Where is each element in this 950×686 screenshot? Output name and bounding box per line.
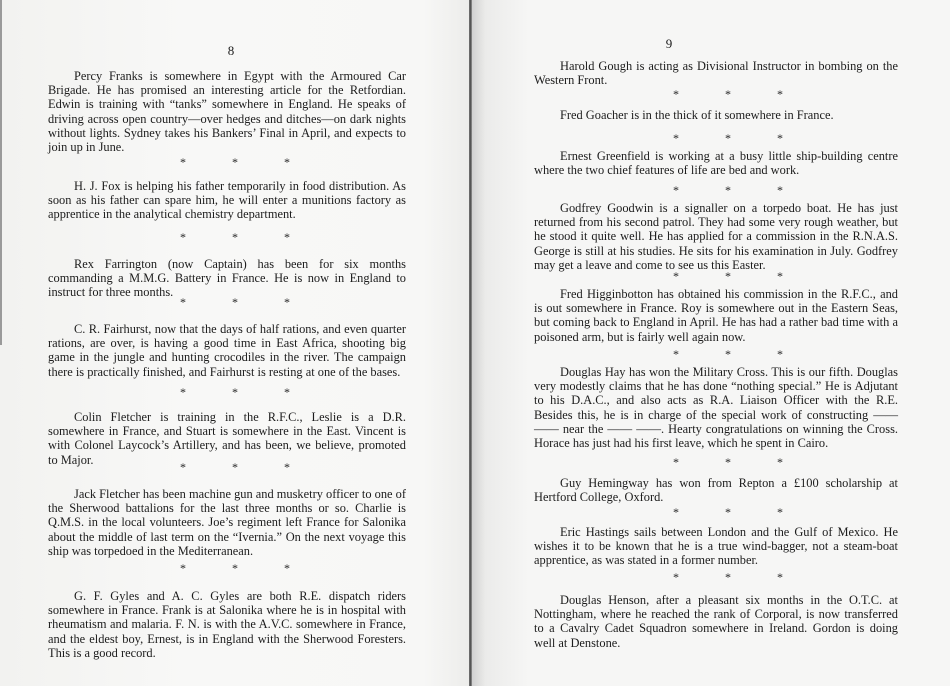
star-icon: * <box>725 572 731 582</box>
paragraph-text: Douglas Henson, after a pleasant six mon… <box>534 593 898 650</box>
page-number: 9 <box>659 36 679 52</box>
star-icon: * <box>284 297 290 307</box>
star-icon: * <box>725 457 731 467</box>
paragraph-text: C. R. Fairhurst, now that the days of ha… <box>48 322 406 379</box>
star-icon: * <box>777 349 783 359</box>
section-separator: * * * <box>180 387 290 397</box>
book-gutter <box>469 0 472 686</box>
section-separator: * * * <box>673 457 783 467</box>
section-separator: * * * <box>673 185 783 195</box>
paragraph-text: Rex Farrington (now Captain) has been fo… <box>48 257 406 299</box>
star-icon: * <box>673 271 679 281</box>
star-icon: * <box>673 349 679 359</box>
star-icon: * <box>284 387 290 397</box>
paragraph-text: Harold Gough is acting as Divisional Ins… <box>534 59 898 87</box>
paragraph-gyles: G. F. Gyles and A. C. Gyles are both R.E… <box>48 589 406 660</box>
paragraph-text: Jack Fletcher has been machine gun and m… <box>48 487 406 558</box>
paragraph-rex-farrington: Rex Farrington (now Captain) has been fo… <box>48 257 406 300</box>
star-icon: * <box>180 563 186 573</box>
paragraph-hj-fox: H. J. Fox is helping his father temporar… <box>48 179 406 222</box>
star-icon: * <box>725 349 731 359</box>
section-separator: * * * <box>673 271 783 281</box>
section-separator: * * * <box>180 157 290 167</box>
paragraph-percy-franks: Percy Franks is somewhere in Egypt with … <box>48 69 406 154</box>
star-icon: * <box>777 457 783 467</box>
star-icon: * <box>284 462 290 472</box>
paragraph-text: Fred Higginbotton has obtained his commi… <box>534 287 898 344</box>
star-icon: * <box>725 185 731 195</box>
star-icon: * <box>777 572 783 582</box>
section-separator: * * * <box>673 349 783 359</box>
star-icon: * <box>777 185 783 195</box>
paragraph-guy-hemingway: Guy Hemingway has won from Repton a £100… <box>534 476 898 504</box>
section-separator: * * * <box>673 572 783 582</box>
star-icon: * <box>180 387 186 397</box>
star-icon: * <box>725 89 731 99</box>
section-separator: * * * <box>673 507 783 517</box>
paragraph-godfrey-goodwin: Godfrey Goodwin is a signaller on a torp… <box>534 201 898 272</box>
paragraph-text: Colin Fletcher is training in the R.F.C.… <box>48 410 406 467</box>
paragraph-text: G. F. Gyles and A. C. Gyles are both R.E… <box>48 589 406 660</box>
section-separator: * * * <box>180 563 290 573</box>
paragraph-text: Ernest Greenfield is working at a busy l… <box>534 149 898 177</box>
paragraph-harold-gough: Harold Gough is acting as Divisional Ins… <box>534 59 898 87</box>
star-icon: * <box>232 157 238 167</box>
paragraph-text: Guy Hemingway has won from Repton a £100… <box>534 476 898 504</box>
star-icon: * <box>673 89 679 99</box>
paragraph-text: Fred Goacher is in the thick of it somew… <box>560 108 834 122</box>
section-separator: * * * <box>180 232 290 242</box>
star-icon: * <box>673 507 679 517</box>
section-separator: * * * <box>180 297 290 307</box>
paragraph-fred-goacher: Fred Goacher is in the thick of it somew… <box>534 108 898 122</box>
paragraph-ernest-greenfield: Ernest Greenfield is working at a busy l… <box>534 149 898 177</box>
star-icon: * <box>232 297 238 307</box>
page-8: 8 Percy Franks is somewhere in Egypt wit… <box>0 0 471 686</box>
star-icon: * <box>232 462 238 472</box>
paragraph-eric-hastings: Eric Hastings sails between London and t… <box>534 525 898 568</box>
star-icon: * <box>725 271 731 281</box>
star-icon: * <box>232 232 238 242</box>
star-icon: * <box>180 297 186 307</box>
star-icon: * <box>725 507 731 517</box>
paragraph-text: Godfrey Goodwin is a signaller on a torp… <box>534 201 898 272</box>
paragraph-text: H. J. Fox is helping his father temporar… <box>48 179 406 221</box>
star-icon: * <box>725 133 731 143</box>
star-icon: * <box>232 563 238 573</box>
section-separator: * * * <box>180 462 290 472</box>
star-icon: * <box>777 507 783 517</box>
star-icon: * <box>673 572 679 582</box>
paragraph-douglas-hay: Douglas Hay has won the Military Cross. … <box>534 365 898 450</box>
paragraph-douglas-henson: Douglas Henson, after a pleasant six mon… <box>534 593 898 650</box>
star-icon: * <box>232 387 238 397</box>
star-icon: * <box>777 271 783 281</box>
paragraph-text: Douglas Hay has won the Military Cross. … <box>534 365 898 450</box>
star-icon: * <box>284 157 290 167</box>
paragraph-cr-fairhurst: C. R. Fairhurst, now that the days of ha… <box>48 322 406 379</box>
star-icon: * <box>180 462 186 472</box>
book-spread: 8 Percy Franks is somewhere in Egypt wit… <box>0 0 950 686</box>
page-number: 8 <box>221 43 241 59</box>
page-9: 9 Harold Gough is acting as Divisional I… <box>471 0 950 686</box>
paragraph-fred-higginbotton: Fred Higginbotton has obtained his commi… <box>534 287 898 344</box>
star-icon: * <box>673 457 679 467</box>
section-separator: * * * <box>673 89 783 99</box>
star-icon: * <box>777 89 783 99</box>
star-icon: * <box>284 232 290 242</box>
paragraph-colin-fletcher: Colin Fletcher is training in the R.F.C.… <box>48 410 406 467</box>
paragraph-text: Percy Franks is somewhere in Egypt with … <box>48 69 406 154</box>
star-icon: * <box>284 563 290 573</box>
star-icon: * <box>673 185 679 195</box>
star-icon: * <box>180 157 186 167</box>
paragraph-jack-fletcher: Jack Fletcher has been machine gun and m… <box>48 487 406 558</box>
star-icon: * <box>180 232 186 242</box>
paragraph-text: Eric Hastings sails between London and t… <box>534 525 898 567</box>
star-icon: * <box>777 133 783 143</box>
star-icon: * <box>673 133 679 143</box>
section-separator: * * * <box>673 133 783 143</box>
